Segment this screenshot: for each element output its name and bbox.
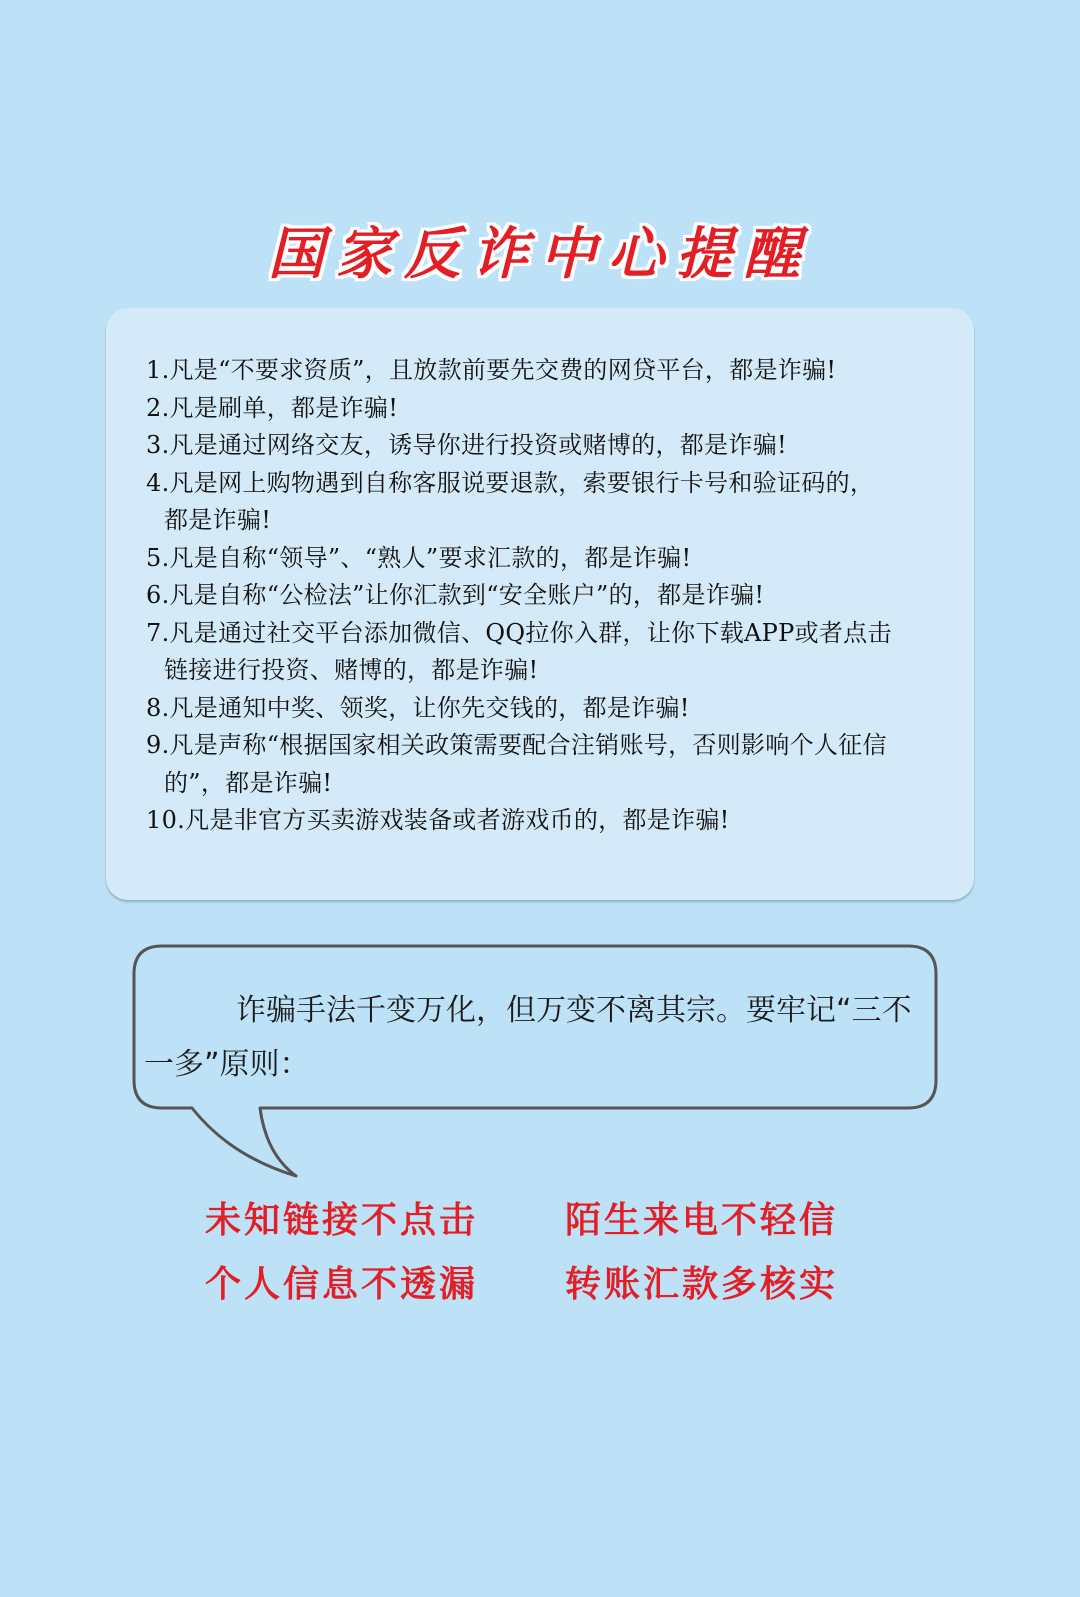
principle-transfer: 转账汇款多核实: [565, 1264, 905, 1306]
principle-calls: 陌生来电不轻信: [565, 1200, 905, 1242]
rule-text: 4.凡是网上购物遇到自称客服说要退款，索要银行卡号和验证码的，: [146, 469, 874, 497]
bubble-text: 诈骗手法千变万化，但万变不离其宗。要牢记“三不一多”原则：: [144, 984, 924, 1092]
rule-item-4: 4.凡是网上购物遇到自称客服说要退款，索要银行卡号和验证码的， 都是诈骗!: [146, 465, 946, 540]
page-title: 国家反诈中心提醒: [0, 210, 1080, 290]
rules-card: 1.凡是“不要求资质”，且放款前要先交费的网贷平台，都是诈骗! 2.凡是刷单，都…: [106, 308, 974, 900]
rule-item-10: 10.凡是非官方买卖游戏装备或者游戏币的，都是诈骗!: [146, 802, 946, 840]
rule-item-1: 1.凡是“不要求资质”，且放款前要先交费的网贷平台，都是诈骗!: [146, 352, 946, 390]
rule-item-6: 6.凡是自称“公检法”让你汇款到“安全账户”的，都是诈骗!: [146, 577, 946, 615]
principle-info: 个人信息不透漏: [205, 1264, 565, 1306]
rule-text: 3.凡是通过网络交友，诱导你进行投资或赌博的，都是诈骗!: [146, 431, 787, 459]
rule-item-2: 2.凡是刷单，都是诈骗!: [146, 390, 946, 428]
rule-item-5: 5.凡是自称“领导”、“熟人”要求汇款的，都是诈骗!: [146, 540, 946, 578]
principles-grid: 未知链接不点击 陌生来电不轻信 个人信息不透漏 转账汇款多核实: [205, 1200, 905, 1306]
rule-text-continuation: 的”，都是诈骗!: [146, 765, 946, 803]
speech-bubble: 诈骗手法千变万化，但万变不离其宗。要牢记“三不一多”原则：: [130, 954, 934, 1120]
rule-item-3: 3.凡是通过网络交友，诱导你进行投资或赌博的，都是诈骗!: [146, 427, 946, 465]
rule-text-continuation: 链接进行投资、赌博的，都是诈骗!: [146, 652, 946, 690]
rule-text: 9.凡是声称“根据国家相关政策需要配合注销账号，否则影响个人征信: [146, 731, 887, 759]
rule-text: 5.凡是自称“领导”、“熟人”要求汇款的，都是诈骗!: [146, 544, 691, 572]
rule-text: 6.凡是自称“公检法”让你汇款到“安全账户”的，都是诈骗!: [146, 581, 764, 609]
rule-text-continuation: 都是诈骗!: [146, 502, 946, 540]
rule-text: 10.凡是非官方买卖游戏装备或者游戏币的，都是诈骗!: [146, 806, 730, 834]
rule-text: 2.凡是刷单，都是诈骗!: [146, 394, 398, 422]
rule-item-8: 8.凡是通知中奖、领奖，让你先交钱的，都是诈骗!: [146, 690, 946, 728]
rule-text: 7.凡是通过社交平台添加微信、QQ拉你入群，让你下载APP或者点击: [146, 619, 892, 647]
rule-item-7: 7.凡是通过社交平台添加微信、QQ拉你入群，让你下载APP或者点击 链接进行投资…: [146, 615, 946, 690]
rules-list: 1.凡是“不要求资质”，且放款前要先交费的网贷平台，都是诈骗! 2.凡是刷单，都…: [146, 352, 946, 840]
rule-text: 1.凡是“不要求资质”，且放款前要先交费的网贷平台，都是诈骗!: [146, 356, 836, 384]
rule-item-9: 9.凡是声称“根据国家相关政策需要配合注销账号，否则影响个人征信 的”，都是诈骗…: [146, 727, 946, 802]
principle-links: 未知链接不点击: [205, 1200, 565, 1242]
rule-text: 8.凡是通知中奖、领奖，让你先交钱的，都是诈骗!: [146, 694, 690, 722]
